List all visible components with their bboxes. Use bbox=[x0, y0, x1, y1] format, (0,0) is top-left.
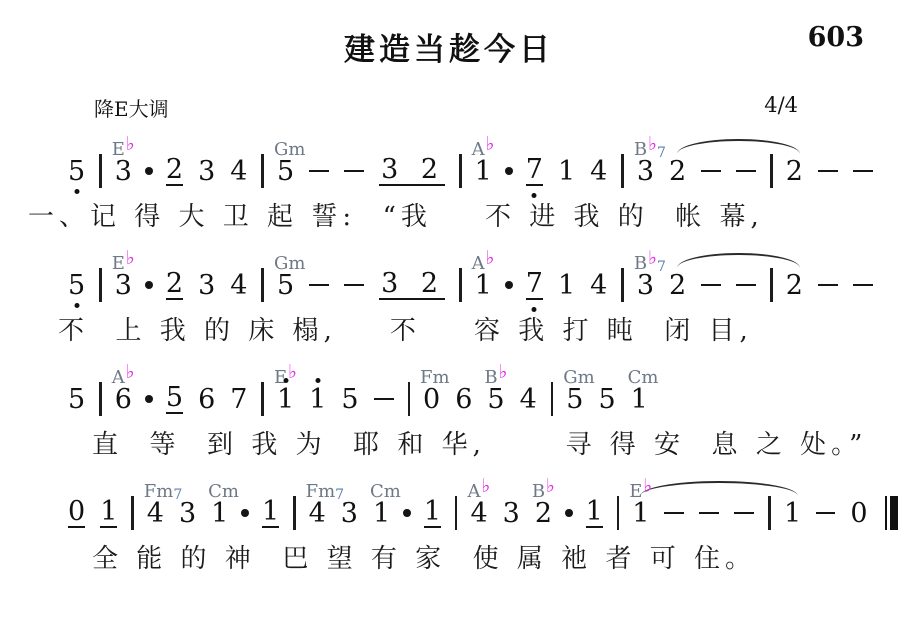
lyrics-line-3: 直 等 到 我 为 耶 和 华, 寻 得 安 息 之 处。” bbox=[0, 429, 898, 461]
note-digit: 3 bbox=[341, 500, 358, 527]
note: 4 bbox=[590, 272, 607, 299]
note-digit: 0 bbox=[68, 498, 85, 528]
flat-icon: ♭ bbox=[546, 475, 555, 497]
note: 7 bbox=[230, 386, 247, 413]
lyrics-line-2: 不 上 我 的 床 榻, 不 容 我 打 盹 闭 目, bbox=[0, 315, 898, 347]
chord-label: Cm bbox=[370, 483, 401, 501]
note-digit: 3 bbox=[503, 500, 520, 527]
note: 1 bbox=[100, 498, 117, 528]
note-digit: 0 bbox=[850, 500, 867, 527]
chord-root: Fm bbox=[306, 481, 336, 502]
duration-dash bbox=[699, 512, 719, 515]
note-digit: 6 bbox=[455, 386, 472, 413]
duration-dash bbox=[853, 170, 873, 173]
note-digit: 1 bbox=[475, 272, 492, 299]
note-digit: 3 bbox=[198, 158, 215, 185]
note: 4 bbox=[520, 386, 537, 413]
flat-icon: ♭ bbox=[126, 133, 135, 155]
note: 1 bbox=[586, 498, 603, 528]
note-digit: 5 bbox=[68, 158, 85, 185]
tie-group: 22 bbox=[669, 154, 818, 188]
lyrics-line-1: 一、记 得 大 卫 起 誓: “我 不 进 我 的 帐 幕, bbox=[0, 201, 898, 233]
duration-dash bbox=[309, 170, 329, 173]
chord-label: Fm bbox=[420, 369, 450, 387]
chord-root: E bbox=[629, 481, 642, 502]
chord-label: Gm bbox=[274, 255, 305, 273]
note-digit: 2 bbox=[166, 156, 183, 186]
music-line-4: 01Fm743Cm11Fm743Cm11A♭43B♭21E♭110 bbox=[68, 493, 898, 533]
chord-label: B♭7 bbox=[634, 140, 666, 159]
flat-icon: ♭ bbox=[486, 247, 495, 269]
final-barline-thin bbox=[885, 496, 888, 530]
note: 5 bbox=[68, 386, 85, 413]
chord-root: E bbox=[112, 253, 125, 274]
music-line-2: 5E♭3234Gm53 2A♭1714B♭7322 bbox=[68, 265, 898, 305]
note: 1 bbox=[784, 500, 801, 527]
barline bbox=[551, 382, 554, 416]
beamed-notes: 3 2 bbox=[379, 270, 445, 300]
note: 2 bbox=[669, 272, 686, 299]
chord-label: Gm bbox=[274, 141, 305, 159]
note: B♭2 bbox=[535, 500, 552, 527]
augmentation-dot bbox=[565, 509, 573, 517]
note: 4 bbox=[590, 158, 607, 185]
chord-label: A♭ bbox=[472, 254, 495, 273]
note: 2 bbox=[786, 158, 803, 185]
chord-root: Cm bbox=[370, 481, 401, 502]
note: E♭1 bbox=[632, 500, 649, 527]
barline bbox=[455, 496, 457, 530]
beamed-notes: 3 2 bbox=[379, 156, 445, 186]
chord-label: E♭ bbox=[629, 482, 652, 501]
chord-label: Cm bbox=[628, 369, 659, 387]
note: 0 bbox=[68, 498, 85, 528]
note-digit: 4 bbox=[230, 272, 247, 299]
note-digit: 1 bbox=[632, 500, 649, 527]
note-digit: 2 bbox=[535, 500, 552, 527]
note-digit: 1 bbox=[475, 158, 492, 185]
note-digit: 6 bbox=[115, 386, 132, 413]
augmentation-dot bbox=[403, 509, 411, 517]
note-digit: 5 bbox=[277, 158, 294, 185]
note-digit: 5 bbox=[68, 386, 85, 413]
note-digit: 1 bbox=[558, 272, 575, 299]
note: E♭1 bbox=[277, 386, 294, 413]
barline bbox=[768, 496, 771, 530]
barline bbox=[408, 382, 411, 416]
note: 5 bbox=[341, 386, 358, 413]
music-line-3: 5A♭6567E♭115Fm06B♭54Gm55Cm1 bbox=[68, 379, 898, 419]
barline bbox=[261, 154, 264, 188]
chord-label: E♭ bbox=[112, 254, 135, 273]
note: Fm74 bbox=[309, 500, 326, 527]
final-barline bbox=[885, 496, 898, 530]
duration-dash bbox=[701, 170, 721, 173]
note: 2 bbox=[669, 158, 686, 185]
duration-dash bbox=[736, 284, 756, 287]
note: A♭6 bbox=[115, 386, 132, 413]
flat-icon: ♭ bbox=[288, 361, 297, 383]
octave-dot-below bbox=[74, 303, 79, 308]
note-digit: 1 bbox=[631, 386, 648, 413]
score: 5E♭3234Gm53 2A♭1714B♭7322一、记 得 大 卫 起 誓: … bbox=[0, 151, 898, 575]
note: B♭5 bbox=[487, 386, 504, 413]
final-barline-thick bbox=[890, 496, 898, 530]
tie-group: E♭11 bbox=[632, 496, 816, 530]
note: Gm5 bbox=[566, 386, 583, 413]
barline bbox=[261, 268, 264, 302]
duration-dash bbox=[818, 284, 838, 287]
barline bbox=[99, 154, 102, 188]
note: 5 bbox=[598, 386, 615, 413]
chord-root: Gm bbox=[274, 253, 305, 274]
note-digit: 3 bbox=[637, 158, 654, 185]
octave-dot-above bbox=[283, 378, 288, 383]
note: Cm1 bbox=[631, 386, 648, 413]
note-digit: 1 bbox=[277, 386, 294, 413]
note: Gm5 bbox=[277, 158, 294, 185]
note-digit: 5 bbox=[566, 386, 583, 413]
duration-dash bbox=[344, 284, 364, 287]
barline bbox=[99, 268, 102, 302]
barline bbox=[617, 496, 619, 530]
barline bbox=[621, 268, 624, 302]
note: 1 bbox=[309, 386, 326, 413]
note: B♭73 bbox=[637, 158, 654, 185]
chord-label: B♭7 bbox=[634, 254, 666, 273]
chord-root: B bbox=[634, 253, 647, 274]
chord-root: Fm bbox=[420, 367, 450, 388]
barline bbox=[770, 154, 773, 188]
duration-dash bbox=[701, 284, 721, 287]
augmentation-dot bbox=[145, 395, 153, 403]
note-digit: 4 bbox=[520, 386, 537, 413]
note: E♭3 bbox=[115, 158, 132, 185]
note-digit: 4 bbox=[147, 500, 164, 527]
note: Cm1 bbox=[373, 500, 390, 527]
octave-dot-below bbox=[74, 189, 79, 194]
chord-root: A bbox=[112, 367, 125, 388]
octave-dot-below bbox=[532, 307, 537, 312]
note-digit: 2 bbox=[786, 158, 803, 185]
duration-dash bbox=[816, 512, 835, 515]
note-digit: 4 bbox=[590, 158, 607, 185]
barline bbox=[131, 496, 133, 530]
chord-root: A bbox=[472, 253, 485, 274]
note-digit: 1 bbox=[262, 498, 279, 528]
note: 7 bbox=[526, 156, 543, 186]
note: 0 bbox=[850, 500, 867, 527]
duration-dash bbox=[664, 512, 684, 515]
note: 1 bbox=[262, 498, 279, 528]
chord-extension: 7 bbox=[657, 145, 666, 161]
time-signature: 4/4 bbox=[764, 93, 798, 117]
chord-root: A bbox=[467, 481, 480, 502]
chord-label: E♭ bbox=[112, 140, 135, 159]
flat-icon: ♭ bbox=[481, 475, 490, 497]
octave-dot-below bbox=[532, 193, 537, 198]
chord-root: E bbox=[112, 139, 125, 160]
chord-label: Fm7 bbox=[306, 483, 344, 501]
note: 3 bbox=[179, 500, 196, 527]
note-digit: 4 bbox=[309, 500, 326, 527]
note-digit: 0 bbox=[423, 386, 440, 413]
note-digit: 1 bbox=[784, 500, 801, 527]
augmentation-dot bbox=[505, 167, 513, 175]
chord-root: Fm bbox=[144, 481, 174, 502]
barline bbox=[293, 496, 295, 530]
chord-label: A♭ bbox=[112, 368, 135, 387]
note: Fm74 bbox=[147, 500, 164, 527]
note-digit: 3 bbox=[198, 272, 215, 299]
duration-dash bbox=[309, 284, 329, 287]
note: 6 bbox=[198, 386, 215, 413]
barline bbox=[621, 154, 624, 188]
duration-dash bbox=[734, 512, 754, 515]
key-signature: 降E大调 bbox=[94, 93, 169, 122]
note-digit: 1 bbox=[558, 158, 575, 185]
note-digit: 1 bbox=[100, 498, 117, 528]
octave-dot-above bbox=[315, 378, 320, 383]
note: 1 bbox=[424, 498, 441, 528]
chord-root: A bbox=[472, 139, 485, 160]
note-digit: 5 bbox=[277, 272, 294, 299]
flat-icon: ♭ bbox=[126, 247, 135, 269]
chord-label: A♭ bbox=[472, 140, 495, 159]
note-digit: 5 bbox=[598, 386, 615, 413]
note: 5 bbox=[68, 272, 85, 299]
chord-root: Gm bbox=[563, 367, 594, 388]
note-digit: 5 bbox=[341, 386, 358, 413]
note: B♭73 bbox=[637, 272, 654, 299]
note: 1 bbox=[558, 272, 575, 299]
tie-group: 22 bbox=[669, 268, 818, 302]
barline bbox=[261, 382, 264, 416]
note-digit: 7 bbox=[526, 156, 543, 186]
flat-icon: ♭ bbox=[643, 475, 652, 497]
chord-root: Cm bbox=[628, 367, 659, 388]
note-digit: 4 bbox=[230, 158, 247, 185]
duration-dash bbox=[344, 170, 364, 173]
lyrics-line-4: 全 能 的 神 巴 望 有 家 使 属 祂 者 可 住。 bbox=[0, 543, 898, 575]
barline bbox=[99, 382, 102, 416]
note: 3 bbox=[341, 500, 358, 527]
flat-icon: ♭ bbox=[499, 361, 508, 383]
chord-label: A♭ bbox=[467, 482, 490, 501]
flat-icon: ♭ bbox=[648, 133, 657, 155]
chord-label: Cm bbox=[208, 483, 239, 501]
chord-label: B♭ bbox=[532, 482, 555, 501]
barline bbox=[770, 268, 773, 302]
note: 2 bbox=[786, 272, 803, 299]
note: Fm0 bbox=[423, 386, 440, 413]
duration-dash bbox=[374, 398, 394, 401]
barline bbox=[459, 268, 462, 302]
note: 2 bbox=[166, 156, 183, 186]
chord-root: B bbox=[484, 367, 497, 388]
note-digit: 4 bbox=[470, 500, 487, 527]
chord-label: Fm7 bbox=[144, 483, 182, 501]
chord-root: B bbox=[634, 139, 647, 160]
note-digit: 3 bbox=[115, 272, 132, 299]
note: 1 bbox=[558, 158, 575, 185]
note: 7 bbox=[526, 270, 543, 300]
note: A♭1 bbox=[475, 158, 492, 185]
note-digit: 7 bbox=[230, 386, 247, 413]
chord-root: Gm bbox=[274, 139, 305, 160]
note: Gm5 bbox=[277, 272, 294, 299]
augmentation-dot bbox=[145, 167, 153, 175]
note: 6 bbox=[455, 386, 472, 413]
note-digit: 3 bbox=[115, 158, 132, 185]
note-digit: 2 bbox=[669, 158, 686, 185]
hymn-sheet-page: 603 建造当趁今日 降E大调 4/4 5E♭3234Gm53 2A♭1714B… bbox=[0, 0, 898, 623]
note-digit: 6 bbox=[198, 386, 215, 413]
note-digit: 5 bbox=[68, 272, 85, 299]
music-line-1: 5E♭3234Gm53 2A♭1714B♭7322 bbox=[68, 151, 898, 191]
chord-root: B bbox=[532, 481, 545, 502]
flat-icon: ♭ bbox=[486, 133, 495, 155]
flat-icon: ♭ bbox=[126, 361, 135, 383]
chord-label: B♭ bbox=[484, 368, 507, 387]
note: E♭3 bbox=[115, 272, 132, 299]
note-digit: 1 bbox=[211, 500, 228, 527]
note: 5 bbox=[166, 384, 183, 414]
note: 4 bbox=[230, 158, 247, 185]
duration-dash bbox=[853, 284, 873, 287]
note-digit: 5 bbox=[166, 384, 183, 414]
hymn-title: 建造当趁今日 bbox=[0, 0, 898, 69]
note-digit: 7 bbox=[526, 270, 543, 300]
chord-root: Cm bbox=[208, 481, 239, 502]
note: 3 bbox=[198, 272, 215, 299]
augmentation-dot bbox=[145, 281, 153, 289]
duration-dash bbox=[818, 170, 838, 173]
note-digit: 5 bbox=[487, 386, 504, 413]
note-digit: 3 bbox=[637, 272, 654, 299]
flat-icon: ♭ bbox=[648, 247, 657, 269]
meta-row: 降E大调 4/4 bbox=[0, 93, 898, 119]
note-digit: 2 bbox=[786, 272, 803, 299]
note-digit: 3 bbox=[179, 500, 196, 527]
hymn-number: 603 bbox=[808, 22, 864, 53]
note-digit: 2 bbox=[669, 272, 686, 299]
note: 3 bbox=[198, 158, 215, 185]
chord-label: Gm bbox=[563, 369, 594, 387]
note-digit: 4 bbox=[590, 272, 607, 299]
note: 5 bbox=[68, 158, 85, 185]
note: A♭4 bbox=[470, 500, 487, 527]
note-digit: 2 bbox=[166, 270, 183, 300]
note: A♭1 bbox=[475, 272, 492, 299]
duration-dash bbox=[736, 170, 756, 173]
note-digit: 1 bbox=[373, 500, 390, 527]
note-digit: 1 bbox=[586, 498, 603, 528]
note: Cm1 bbox=[211, 500, 228, 527]
note-digit: 1 bbox=[424, 498, 441, 528]
augmentation-dot bbox=[505, 281, 513, 289]
chord-extension: 7 bbox=[657, 259, 666, 275]
note: 2 bbox=[166, 270, 183, 300]
note-digit: 1 bbox=[309, 386, 326, 413]
note: 4 bbox=[230, 272, 247, 299]
augmentation-dot bbox=[241, 509, 249, 517]
barline bbox=[459, 154, 462, 188]
note: 3 bbox=[503, 500, 520, 527]
